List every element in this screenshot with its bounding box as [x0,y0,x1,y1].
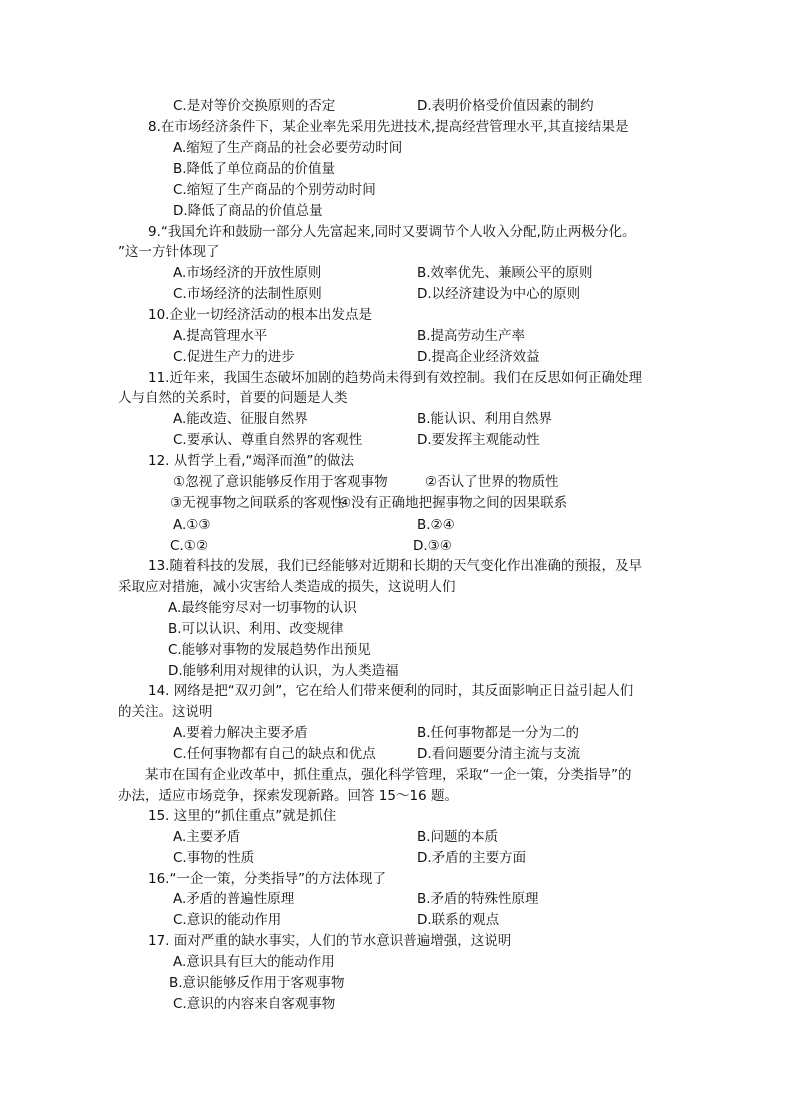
line-text: A.要着力解决主要矛盾 [173,725,308,741]
line-text: 12. 从哲学上看,“竭泽而渔”的做法 [148,453,354,469]
text-line-q12cd: C.①② [170,536,208,556]
text-line-q7c-col2: D.表明价格受价值因素的制约 [417,96,594,116]
line-text: 17. 面对严重的缺水事实，人们的节水意识普遍增强，这说明 [148,933,511,949]
line-text-col2: B.能认识、利用自然界 [417,411,552,427]
line-text-col2: D.要发挥主观能动性 [417,432,540,448]
text-line-q11: 11.近年来，我国生态破坏加剧的趋势尚未得到有效控制。我们在反思如何正确处理 [148,368,642,388]
text-line-q11cd-col2: D.要发挥主观能动性 [417,430,540,450]
text-line-q15: 15. 这里的“抓住重点”就是抓住 [148,806,336,826]
line-text: 13.随着科技的发展，我们已经能够对近期和长期的天气变化作出准确的预报，及早 [148,558,642,574]
line-text: B.降低了单位商品的价值量 [173,161,335,177]
text-line-q15ab: A.主要矛盾 [173,827,240,847]
text-line-q16ab-col2: B.矛盾的特殊性原理 [417,889,539,909]
text-line-q8d: D.降低了商品的价值总量 [173,201,323,221]
line-text: C.缩短了生产商品的个别劳动时间 [173,182,376,198]
line-text: A.主要矛盾 [173,829,240,845]
line-text: C.能够对事物的发展趋势作出预见 [168,642,371,658]
line-text: A.最终能穷尽对一切事物的认识 [168,600,357,616]
line-text-col2: B.②④ [417,517,455,533]
text-line-q14ab: A.要着力解决主要矛盾 [173,723,308,743]
text-line-q16: 16.“一企一策，分类指导”的方法体现了 [148,869,386,889]
text-line-q9: 9.“我国允许和鼓励一部分人先富起来,同时又要调节个人收入分配,防止两极分化。 [148,222,635,242]
text-line-q9ab: A.市场经济的开放性原则 [173,263,321,283]
line-text: C.要承认、尊重自然界的客观性 [173,432,362,448]
text-line-q9cd: C.市场经济的法制性原则 [173,284,322,304]
line-text: C.事物的性质 [173,850,254,866]
line-text: D.降低了商品的价值总量 [173,203,323,219]
line-text-col2: B.问题的本质 [417,829,498,845]
line-text: 某市在国有企业改革中，抓住重点，强化科学管理，采取“一企一策，分类指导”的 [145,767,632,783]
text-line-q9ab-col2: B.效率优先、兼顾公平的原则 [417,263,593,283]
line-text: 的关注。这说明 [118,704,213,720]
text-line-q12cd-col2: D.③④ [413,536,452,556]
text-line-q14cd: C.任何事物都有自己的缺点和优点 [173,744,376,764]
line-text: ”这一方针体现了 [118,244,220,260]
text-line-q10cd: C.促进生产力的进步 [173,347,295,367]
text-line-q14: 14. 网络是把“双刃剑”，它在给人们带来便利的同时，其反面影响正日益引起人们 [148,681,633,701]
text-line-q8c: C.缩短了生产商品的个别劳动时间 [173,180,376,200]
text-line-stem: 某市在国有企业改革中，抓住重点，强化科学管理，采取“一企一策，分类指导”的 [145,765,632,785]
text-line-q13d: D.能够利用对规律的认识，为人类造福 [168,661,399,681]
text-line-q12ab-col2: B.②④ [417,515,455,535]
text-line-q12s2-col2: ④没有正确地把握事物之间的因果联系 [339,493,567,513]
line-text: C.意识的能动作用 [173,912,281,928]
text-line-q7c: C.是对等价交换原则的否定 [173,96,335,116]
text-line-q10ab: A.提高管理水平 [173,326,267,346]
line-text: C.市场经济的法制性原则 [173,286,322,302]
text-line-q16cd-col2: D.联系的观点 [417,910,499,930]
line-text: ③无视事物之间联系的客观性 [170,495,344,511]
line-text-col2: D.矛盾的主要方面 [417,850,526,866]
text-line-q14b: 的关注。这说明 [118,702,213,722]
text-line-q13a: A.最终能穷尽对一切事物的认识 [168,598,357,618]
line-text-col2: D.表明价格受价值因素的制约 [417,98,594,114]
text-line-q15ab-col2: B.问题的本质 [417,827,498,847]
line-text: 10.企业一切经济活动的根本出发点是 [148,307,372,323]
line-text: A.缩短了生产商品的社会必要劳动时间 [173,140,402,156]
text-line-q8: 8.在市场经济条件下，某企业率先采用先进技术,提高经营管理水平,其直接结果是 [148,117,628,137]
line-text-col2: D.③④ [413,538,452,554]
line-text-col2: D.看问题要分清主流与支流 [417,746,580,762]
text-line-q10cd-col2: D.提高企业经济效益 [417,347,540,367]
line-text: 9.“我国允许和鼓励一部分人先富起来,同时又要调节个人收入分配,防止两极分化。 [148,224,635,240]
line-text-col2: ②否认了世界的物质性 [425,474,559,490]
line-text: C.①② [170,538,208,554]
line-text: 15. 这里的“抓住重点”就是抓住 [148,808,336,824]
line-text: 8.在市场经济条件下，某企业率先采用先进技术,提高经营管理水平,其直接结果是 [148,119,628,135]
text-line-q16ab: A.矛盾的普遍性原理 [173,889,294,909]
line-text: 16.“一企一策，分类指导”的方法体现了 [148,871,386,887]
text-line-q15cd: C.事物的性质 [173,848,254,868]
line-text-col2: B.效率优先、兼顾公平的原则 [417,265,593,281]
text-line-q13b: 采取应对措施，减小灾害给人类造成的损失，这说明人们 [118,577,456,597]
text-line-q15cd-col2: D.矛盾的主要方面 [417,848,526,868]
line-text: A.市场经济的开放性原则 [173,265,321,281]
line-text-col2: B.矛盾的特殊性原理 [417,891,539,907]
line-text: 11.近年来，我国生态破坏加剧的趋势尚未得到有效控制。我们在反思如何正确处理 [148,370,642,386]
line-text: 采取应对措施，减小灾害给人类造成的损失，这说明人们 [118,579,456,595]
line-text-col2: D.联系的观点 [417,912,499,928]
text-line-q17b: B.意识能够反作用于客观事物 [169,973,345,993]
text-line-q9cd-col2: D.以经济建设为中心的原则 [417,284,580,304]
line-text: C.意识的内容来自客观事物 [173,996,335,1012]
text-line-q14cd-col2: D.看问题要分清主流与支流 [417,744,580,764]
line-text-col2: B.提高劳动生产率 [417,328,525,344]
text-line-q11ab-col2: B.能认识、利用自然界 [417,409,552,429]
line-text: ①忽视了意识能够反作用于客观事物 [173,474,388,490]
line-text: B.可以认识、利用、改变规律 [168,621,344,637]
line-text: C.任何事物都有自己的缺点和优点 [173,746,376,762]
line-text: C.促进生产力的进步 [173,349,295,365]
line-text: 14. 网络是把“双刃剑”，它在给人们带来便利的同时，其反面影响正日益引起人们 [148,683,633,699]
line-text-col2: ④没有正确地把握事物之间的因果联系 [339,495,567,511]
line-text: 人与自然的关系时，首要的问题是人类 [118,390,348,406]
line-text-col2: B.任何事物都是一分为二的 [417,725,579,741]
text-line-q12: 12. 从哲学上看,“竭泽而渔”的做法 [148,451,354,471]
line-text: D.能够利用对规律的认识，为人类造福 [168,663,399,679]
text-line-q12ab: A.①③ [173,515,211,535]
text-line-q17a: A.意识具有巨大的能动作用 [173,952,335,972]
text-line-q12s1-col2: ②否认了世界的物质性 [425,472,559,492]
text-line-q9b: ”这一方针体现了 [118,242,220,262]
text-line-q16cd: C.意识的能动作用 [173,910,281,930]
line-text-col2: D.以经济建设为中心的原则 [417,286,580,302]
text-line-q13c: C.能够对事物的发展趋势作出预见 [168,640,371,660]
text-line-q11cd: C.要承认、尊重自然界的客观性 [173,430,362,450]
text-line-q14ab-col2: B.任何事物都是一分为二的 [417,723,579,743]
text-line-q11b: 人与自然的关系时，首要的问题是人类 [118,388,348,408]
line-text: C.是对等价交换原则的否定 [173,98,335,114]
text-line-q8b: B.降低了单位商品的价值量 [173,159,335,179]
text-line-q17: 17. 面对严重的缺水事实，人们的节水意识普遍增强，这说明 [148,931,511,951]
line-text: A.矛盾的普遍性原理 [173,891,294,907]
line-text: A.能改造、征服自然界 [173,411,308,427]
text-line-q12s2: ③无视事物之间联系的客观性 [170,493,344,513]
line-text: A.提高管理水平 [173,328,267,344]
line-text: 办法，适应市场竞争，探索发现新路。回答 15～16 题。 [118,788,458,804]
text-line-q17c: C.意识的内容来自客观事物 [173,994,335,1014]
line-text: A.①③ [173,517,211,533]
text-line-q12s1: ①忽视了意识能够反作用于客观事物 [173,472,388,492]
text-line-q8a: A.缩短了生产商品的社会必要劳动时间 [173,138,402,158]
line-text-col2: D.提高企业经济效益 [417,349,540,365]
text-line-q10: 10.企业一切经济活动的根本出发点是 [148,305,372,325]
text-line-q10ab-col2: B.提高劳动生产率 [417,326,525,346]
text-line-q13bb: B.可以认识、利用、改变规律 [168,619,344,639]
text-line-q11ab: A.能改造、征服自然界 [173,409,308,429]
text-line-q13: 13.随着科技的发展，我们已经能够对近期和长期的天气变化作出准确的预报，及早 [148,556,642,576]
text-line-stemb: 办法，适应市场竞争，探索发现新路。回答 15～16 题。 [118,786,458,806]
line-text: A.意识具有巨大的能动作用 [173,954,335,970]
line-text: B.意识能够反作用于客观事物 [169,975,345,991]
